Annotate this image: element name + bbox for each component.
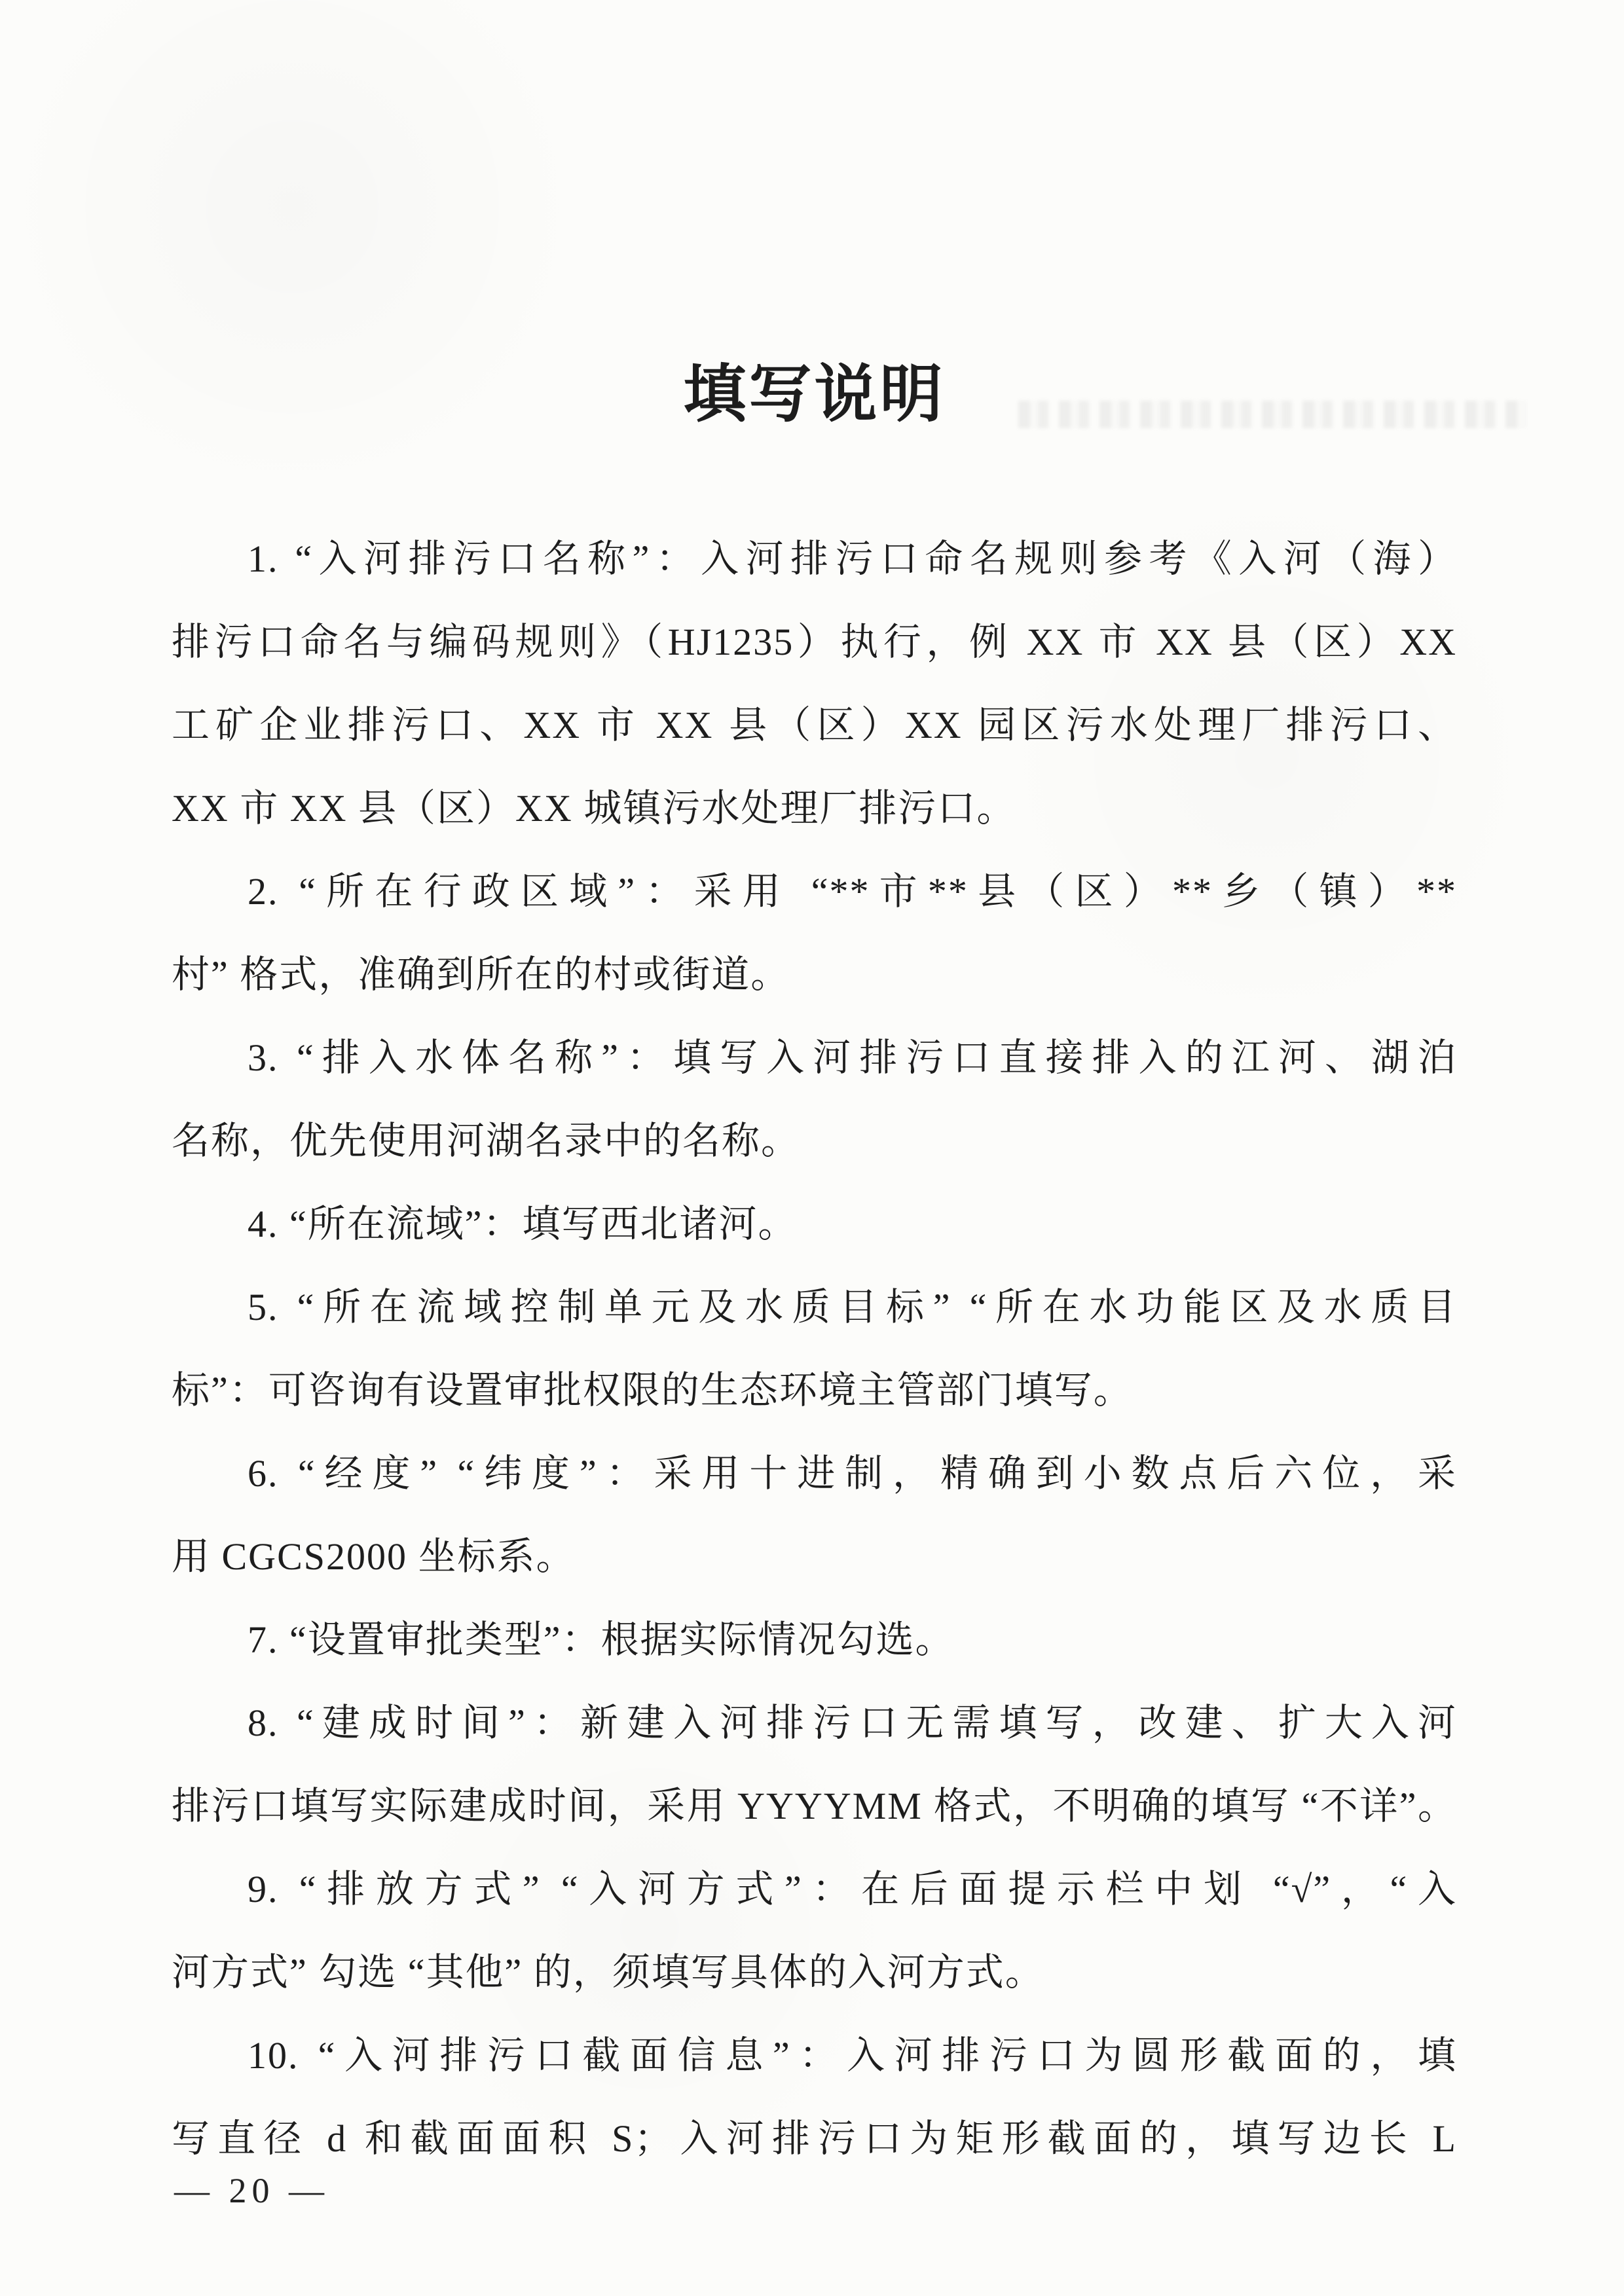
paragraph-8-line-2: 排污口填写实际建成时间，采用 YYYYMM 格式，不明确的填写 “不详”。 [172, 1764, 1457, 1848]
paragraph-8-line-1: 8. “建成时间”：新建入河排污口无需填写，改建、扩大入河 [172, 1681, 1457, 1764]
paragraph-3-line-1: 3. “排入水体名称”：填写入河排污口直接排入的江河、湖泊 [172, 1016, 1457, 1099]
paragraph-1-line-2: 排污口命名与编码规则》（HJ1235）执行，例 XX 市 XX 县（区）XX [172, 600, 1457, 683]
page-number: — 20 — [174, 2171, 329, 2210]
ink-bleed-through-artifact [1018, 401, 1526, 428]
paragraph-2-line-1: 2. “所在行政区域”：采用 “**市**县（区）**乡（镇）** [172, 850, 1457, 933]
paragraph-5-line-1: 5. “所在流域控制单元及水质目标” “所在水功能区及水质目 [172, 1266, 1457, 1349]
paragraph-7-line-1: 7. “设置审批类型”：根据实际情况勾选。 [172, 1598, 1457, 1681]
paragraph-10-line-2: 写直径 d 和截面面积 S；入河排污口为矩形截面的，填写边长 L [172, 2097, 1457, 2180]
paragraph-10-line-1: 10. “入河排污口截面信息”：入河排污口为圆形截面的，填 [172, 2014, 1457, 2097]
paragraph-8: 8. “建成时间”：新建入河排污口无需填写，改建、扩大入河 排污口填写实际建成时… [172, 1681, 1457, 1848]
paragraph-4: 4. “所在流域”：填写西北诸河。 [172, 1182, 1457, 1266]
paragraph-5: 5. “所在流域控制单元及水质目标” “所在水功能区及水质目 标”：可咨询有设置… [172, 1266, 1457, 1432]
paragraph-6-line-2: 用 CGCS2000 坐标系。 [172, 1515, 1457, 1598]
paragraph-1-line-1: 1. “入河排污口名称”：入河排污口命名规则参考《入河（海） [172, 517, 1457, 600]
paragraph-3: 3. “排入水体名称”：填写入河排污口直接排入的江河、湖泊 名称，优先使用河湖名… [172, 1016, 1457, 1182]
paragraph-1-line-3: 工矿企业排污口、XX 市 XX 县（区）XX 园区污水处理厂排污口、 [172, 683, 1457, 767]
paragraph-3-line-2: 名称，优先使用河湖名录中的名称。 [172, 1099, 1457, 1182]
paragraph-2: 2. “所在行政区域”：采用 “**市**县（区）**乡（镇）** 村” 格式，… [172, 850, 1457, 1016]
paragraph-2-line-2: 村” 格式，准确到所在的村或街道。 [172, 933, 1457, 1016]
instructions-body: 1. “入河排污口名称”：入河排污口命名规则参考《入河（海） 排污口命名与编码规… [172, 517, 1457, 2180]
paragraph-1-line-4: XX 市 XX 县（区）XX 城镇污水处理厂排污口。 [172, 767, 1457, 850]
paragraph-6-line-1: 6. “经度” “纬度”：采用十进制，精确到小数点后六位，采 [172, 1432, 1457, 1515]
paragraph-5-line-2: 标”：可咨询有设置审批权限的生态环境主管部门填写。 [172, 1349, 1457, 1432]
scanned-document-page: 填写说明 1. “入河排污口名称”：入河排污口命名规则参考《入河（海） 排污口命… [0, 0, 1624, 2296]
paragraph-4-line-1: 4. “所在流域”：填写西北诸河。 [172, 1182, 1457, 1266]
paragraph-9: 9. “排放方式” “入河方式”：在后面提示栏中划 “√”，“入 河方式” 勾选… [172, 1848, 1457, 2014]
paragraph-6: 6. “经度” “纬度”：采用十进制，精确到小数点后六位，采 用 CGCS200… [172, 1432, 1457, 1598]
paragraph-10: 10. “入河排污口截面信息”：入河排污口为圆形截面的，填 写直径 d 和截面面… [172, 2014, 1457, 2180]
paragraph-9-line-2: 河方式” 勾选 “其他” 的，须填写具体的入河方式。 [172, 1931, 1457, 2014]
paragraph-9-line-1: 9. “排放方式” “入河方式”：在后面提示栏中划 “√”，“入 [172, 1848, 1457, 1931]
paragraph-1: 1. “入河排污口名称”：入河排污口命名规则参考《入河（海） 排污口命名与编码规… [172, 517, 1457, 850]
paragraph-7: 7. “设置审批类型”：根据实际情况勾选。 [172, 1598, 1457, 1681]
